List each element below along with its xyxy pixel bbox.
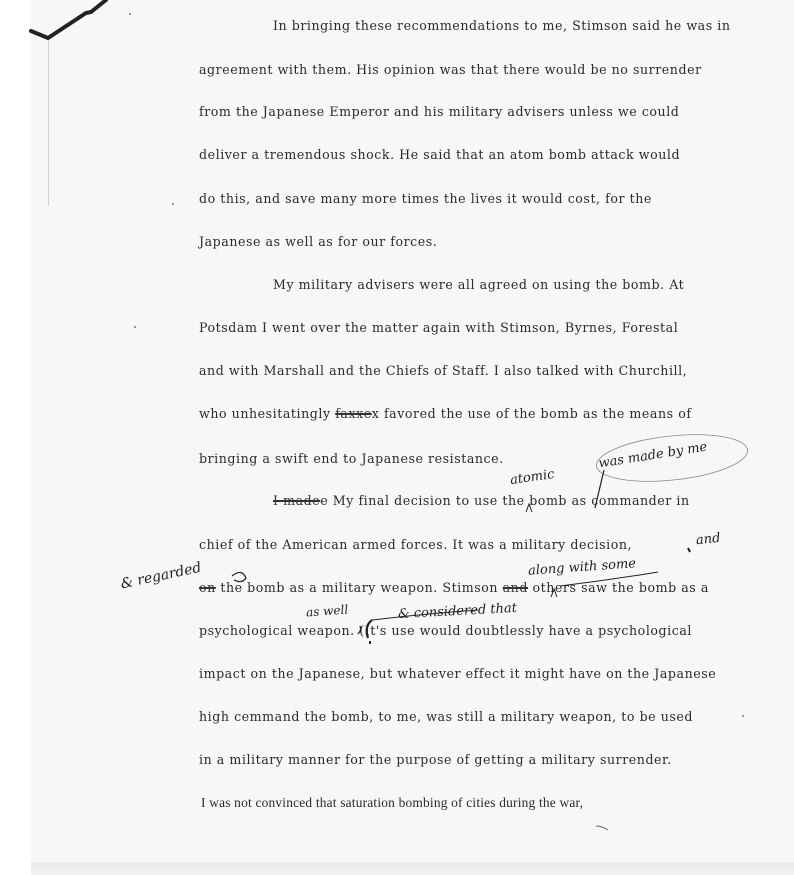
typed-line: psychological weapon. (It's use would do… bbox=[199, 623, 692, 638]
typed-line: chief of the American armed forces. It w… bbox=[199, 537, 632, 552]
line-text: others saw the bomb as a bbox=[528, 580, 709, 595]
typed-line-with-strikeout: on the bomb as a military weapon. Stimso… bbox=[199, 580, 709, 595]
typed-line: I was not convinced that saturation bomb… bbox=[201, 795, 583, 811]
struck-text: on bbox=[199, 580, 216, 595]
margin-rule bbox=[48, 36, 49, 206]
typed-line: bringing a swift end to Japanese resista… bbox=[199, 451, 504, 466]
scan-speck bbox=[172, 203, 174, 205]
struck-text: I made bbox=[273, 493, 320, 508]
handwritten-and: and bbox=[695, 531, 721, 548]
scan-speck bbox=[129, 13, 131, 15]
fold-mark-stroke bbox=[0, 0, 130, 50]
typed-line: and with Marshall and the Chiefs of Staf… bbox=[199, 363, 687, 378]
struck-text: faxxe bbox=[335, 406, 372, 421]
line-text: x favored the use of the bomb as the mea… bbox=[372, 406, 692, 421]
typed-line: in a military manner for the purpose of … bbox=[199, 752, 672, 767]
scanned-page bbox=[31, 0, 794, 863]
typed-line: Potsdam I went over the matter again wit… bbox=[199, 320, 678, 335]
handwritten-as-well: as well bbox=[306, 603, 349, 620]
scan-speck bbox=[134, 326, 136, 328]
page-bottom-edge bbox=[31, 862, 794, 875]
typed-line: deliver a tremendous shock. He said that… bbox=[199, 147, 680, 162]
typed-line: high cemmand the bomb, to me, was still … bbox=[199, 709, 693, 724]
line-text: e My final decision to use the bomb as c… bbox=[320, 493, 689, 508]
scan-speck bbox=[742, 715, 744, 717]
line-text: the bomb as a military weapon. Stimson bbox=[216, 580, 503, 595]
line-text: who unhesitatingly bbox=[199, 406, 335, 421]
typed-line-with-strikeout: I madee My final decision to use the bom… bbox=[273, 493, 690, 508]
typed-line: impact on the Japanese, but whatever eff… bbox=[199, 666, 716, 681]
typed-line: My military advisers were all agreed on … bbox=[273, 277, 684, 292]
typed-line: from the Japanese Emperor and his milita… bbox=[199, 104, 679, 119]
typed-line: In bringing these recommendations to me,… bbox=[273, 18, 731, 33]
typed-line: do this, and save many more times the li… bbox=[199, 191, 652, 206]
struck-text: and bbox=[503, 580, 528, 595]
typed-line: Japanese as well as for our forces. bbox=[199, 234, 437, 249]
typed-line-with-strikeout: who unhesitatingly faxxex favored the us… bbox=[199, 406, 692, 421]
typed-line: agreement with them. His opinion was tha… bbox=[199, 62, 702, 77]
